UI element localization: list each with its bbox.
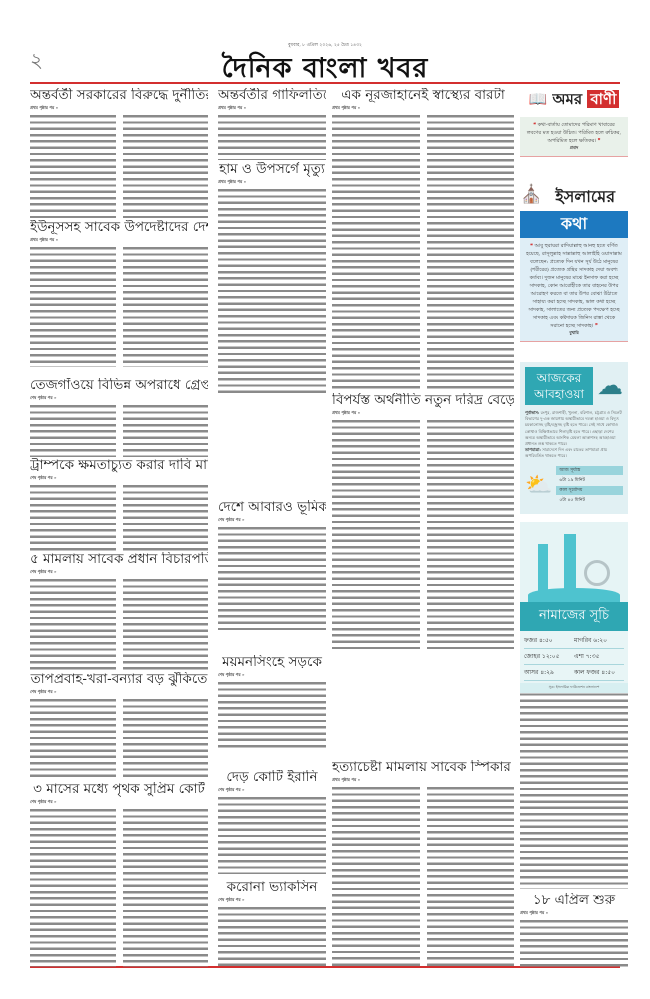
article-taprobaho: তাপপ্রবাহ-খরা-বন্যার বড় ঝুঁকিতে শেষ পৃষ… — [30, 672, 208, 777]
namaz-time-row: ফজর ৪:৫০ — [524, 633, 574, 649]
amar-bani-source: প্রবাদ — [526, 145, 622, 152]
article-yunus: ইউনূসসহ সাবেক উপদেষ্টাদের দেশত্যাগে প্রথ… — [30, 220, 208, 370]
sunrise-label: কাল সূর্যোদয় — [556, 486, 623, 495]
article-supreme-court: ৩ মাসের মধ্যে পৃথক সুপ্রিম কোর্ট শেষ পৃষ… — [30, 782, 208, 964]
article-shirin: হত্যাচেষ্টা মামলায় সাবেক স্পিকার শিরীন … — [332, 760, 514, 965]
namaz-title: নামাজের সূচি — [520, 602, 628, 631]
article-irani: দেড় কোটি ইরানি শেষ পৃষ্ঠার পর » — [218, 770, 326, 870]
mosque-icon: ⛪ — [520, 184, 542, 205]
continued-label: প্রথম পৃষ্ঠার পর » — [218, 105, 326, 112]
headline: তেজগাঁওয়ে বিভিন্ন অপরাধে গ্রেপ্তার ৫৬ — [30, 378, 208, 393]
headline: ময়মনসিংহে সড়কে — [218, 655, 326, 670]
book-icon: 📖 — [529, 90, 548, 108]
namaz-source: সূত্র: ইসলামিক ফাউন্ডেশন বাংলাদেশ — [520, 683, 628, 693]
islamer-kotha-quote: ❝ আবু হুরায়রা রাদিয়াল্লাহু আনহু হতে বর… — [526, 242, 622, 330]
sunrise-time: ৫টা ৪৫ মিনিট — [556, 495, 623, 506]
headline: বিপর্যস্ত অর্থনীতি নতুন দরিদ্র বেড়েছে — [332, 393, 514, 408]
headline: ৫ মামলায় সাবেক প্রধান বিচারপতির জামিন — [30, 552, 208, 567]
masthead: দৈনিক বাংলা খবর — [0, 48, 650, 93]
article-nurjahan: এক নূরজাহানেই স্বাস্থ্যের বারটা প্রথম পৃ… — [332, 88, 514, 388]
headline: হত্যাচেষ্টা মামলায় সাবেক স্পিকার শিরীন — [332, 760, 514, 775]
article-vaccine: করোনা ভ্যাকসিন শেষ পৃষ্ঠার পর » — [218, 880, 326, 964]
headline: ৩ মাসের মধ্যে পৃথক সুপ্রিম কোর্ট — [30, 782, 208, 797]
headline: দেশে আবারও ভূমিকম্প — [218, 500, 326, 515]
continued-label: প্রথম পৃষ্ঠার পর » — [332, 410, 514, 417]
namaz-time-row: কাল ফজর ৪:৫০ — [574, 665, 624, 681]
quote-open-icon: ❝ — [533, 122, 536, 128]
quote-close-icon: ❞ — [598, 138, 601, 144]
namaz-box: নামাজের সূচি ফজর ৪:৫০ মাগরিব ৬:২০ জোহর ১… — [520, 522, 628, 693]
article-bicharpoti: ৫ মামলায় সাবেক প্রধান বিচারপতির জামিন শ… — [30, 552, 208, 667]
article-18-april: ১৮ এপ্রিল শুরু প্রথম পৃষ্ঠার পর » — [520, 893, 628, 965]
continued-label: প্রথম পৃষ্ঠার পর » — [30, 237, 208, 244]
headline: তাপপ্রবাহ-খরা-বন্যার বড় ঝুঁকিতে — [30, 672, 208, 687]
headline: এক নূরজাহানেই স্বাস্থ্যের বারটা — [332, 88, 514, 103]
article-mymensingh: ময়মনসিংহে সড়কে শেষ পৃষ্ঠার পর » — [218, 655, 326, 745]
headline: অন্তর্বর্তীর গাফিলতিতে — [218, 88, 326, 103]
article-tejgaon: তেজগাঁওয়ে বিভিন্ন অপরাধে গ্রেপ্তার ৫৬ শ… — [30, 378, 208, 453]
namaz-time-row: জোহর ১২:০৫ — [524, 649, 574, 665]
continued-label: শেষ পৃষ্ঠার পর » — [218, 787, 326, 794]
continued-label: শেষ পৃষ্ঠার পর » — [30, 689, 208, 696]
top-rule — [30, 82, 620, 84]
amar-bani-box: 📖 অমর বাণী ❝ কথা-বার্তায় তোমাদের পরিমাণ… — [520, 88, 628, 157]
continued-label: শেষ পৃষ্ঠার পর » — [30, 395, 208, 402]
continued-label: শেষ পৃষ্ঠার পর » — [218, 672, 326, 679]
article-turosko: তুরস্কে ইসরায়েলি প্রথম পৃষ্ঠার পর » — [520, 660, 628, 885]
headline: হাম ও উপসর্গে মৃত্যু — [218, 162, 326, 177]
article-durnitir: অন্তর্বর্তী সরকারের বিরুদ্ধে দুর্নীতির প… — [30, 88, 208, 216]
sunset-label: আজ সূর্যাস্ত — [556, 466, 623, 475]
headline: ট্রাম্পকে ক্ষমতাচ্যুত করার দাবি মার্কিন — [30, 458, 208, 473]
headline: অন্তর্বর্তী সরকারের বিরুদ্ধে দুর্নীতির — [30, 88, 208, 103]
article-bhumikompo: দেশে আবারও ভূমিকম্প শেষ পৃষ্ঠার পর » — [218, 500, 326, 630]
continued-label: প্রথম পৃষ্ঠার পর » — [332, 105, 514, 112]
weather-title: আজকের আবহাওয়া — [525, 367, 593, 405]
continued-label: শেষ পৃষ্ঠার পর » — [30, 569, 208, 576]
namaz-times: ফজর ৪:৫০ মাগরিব ৬:২০ জোহর ১২:০৫ এশা ৭:৩৫… — [520, 631, 628, 683]
continued-label: শেষ পৃষ্ঠার পর » — [30, 799, 208, 806]
namaz-time-row: মাগরিব ৬:২০ — [574, 633, 624, 649]
continued-label: প্রথম পৃষ্ঠার পর » — [332, 777, 514, 784]
article-orthoniti: বিপর্যস্ত অর্থনীতি নতুন দরিদ্র বেড়েছে প… — [332, 393, 514, 648]
sun-cloud-icon: ⛅ — [525, 473, 552, 498]
islamer-kotha-logo: ⛪ ইসলামের কথা — [520, 184, 628, 238]
amar-bani-logo: 📖 অমর বাণী — [520, 88, 628, 113]
amar-bani-quote: ❝ কথা-বার্তায় তোমাদের পরিমাণ খাবারের লব… — [526, 121, 622, 145]
weather-box: আজকের আবহাওয়া ☁ পূর্বাভাস: রংপুর, রাজশা… — [520, 362, 628, 514]
sunset-time: ৬টা ১৯ মিনিট — [556, 475, 623, 486]
rain-cloud-icon: ☁ — [597, 371, 623, 401]
namaz-time-row: এশা ৭:৩৫ — [574, 649, 624, 665]
continued-label: প্রথম পৃষ্ঠার পর » — [30, 105, 208, 112]
article-gafiliti: অন্তর্বর্তীর গাফিলতিতে প্রথম পৃষ্ঠার পর … — [218, 88, 326, 156]
mosque-clock-icon — [520, 522, 628, 602]
continued-label: প্রথম পৃষ্ঠার পর » — [218, 179, 326, 186]
namaz-time-row: আসর ৪:২৯ — [524, 665, 574, 681]
article-trump: ট্রাম্পকে ক্ষমতাচ্যুত করার দাবি মার্কিন … — [30, 458, 208, 548]
headline: ইউনূসসহ সাবেক উপদেষ্টাদের দেশত্যাগে — [30, 220, 208, 235]
islamer-kotha-source: বুখারি — [526, 330, 622, 337]
article-ham: হাম ও উপসর্গে মৃত্যু প্রথম পৃষ্ঠার পর » — [218, 162, 326, 390]
continued-label: শেষ পৃষ্ঠার পর » — [218, 897, 326, 904]
headline: করোনা ভ্যাকসিন — [218, 880, 326, 895]
headline: ১৮ এপ্রিল শুরু — [520, 893, 628, 908]
continued-label: শেষ পৃষ্ঠার পর » — [30, 475, 208, 482]
headline: দেড় কোটি ইরানি — [218, 770, 326, 785]
continued-label: প্রথম পৃষ্ঠার পর » — [520, 910, 628, 917]
islamer-kotha-box: ⛪ ইসলামের কথা ❝ আবু হুরায়রা রাদিয়াল্লা… — [520, 184, 628, 342]
weather-forecast: পূর্বাভাস: রংপুর, রাজশাহী, খুলনা, বরিশাল… — [525, 410, 623, 460]
continued-label: শেষ পৃষ্ঠার পর » — [218, 517, 326, 524]
